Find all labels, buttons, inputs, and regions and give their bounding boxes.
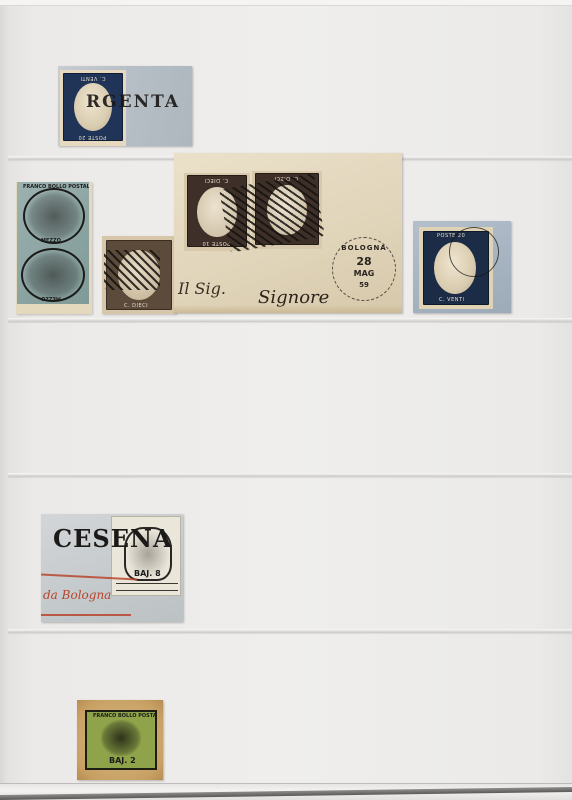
stamp-piece-sardinia-blue[interactable]: C. VENTI POSTE 20 RGENTA [58, 66, 192, 146]
stockbook-strip-2 [8, 318, 572, 322]
stamp-papal-2-baj: FRANCO BOLLO POSTALE BAJ. 2 [85, 710, 157, 770]
page-left-edge [0, 0, 9, 800]
papal-arms-oval [23, 188, 85, 244]
red-ink-line-bottom [41, 614, 131, 616]
frame-text-top: C. DIECI [204, 177, 228, 183]
frame-text-bottom: POSTE 10 [202, 240, 230, 246]
stamp-papal-mezzo-top: FRANCO BOLLO POSTALE MEZZO [17, 182, 89, 246]
frame-text-bottom: C. VENTI [439, 297, 465, 303]
stamp-piece-papal-2-baj[interactable]: FRANCO BOLLO POSTALE BAJ. 2 [77, 700, 163, 780]
stamp-papal-mezzo-bottom: MEZZO [17, 246, 89, 304]
papal-arms-oval [21, 248, 85, 302]
stockbook-strip-4 [8, 629, 572, 633]
cds-day: 28 [333, 255, 395, 268]
value-label: MEZZO [41, 295, 61, 301]
value-label: BAJ. 2 [109, 756, 136, 765]
circular-date-stamp: BOLOGNA 28 MAG 59 [332, 237, 396, 301]
stamp-pair-papal-mezzo[interactable]: FRANCO BOLLO POSTALE MEZZO MEZZO [16, 182, 92, 314]
value-label: BAJ. 8 [134, 569, 161, 578]
cds-year: 59 [333, 281, 395, 289]
frame-text-top: FRANCO BOLLO POSTALE [93, 713, 157, 719]
postmark-cesena: CESENA [53, 524, 173, 553]
frame-text-top: FRANCO BOLLO POSTALE [23, 184, 89, 190]
circular-postmark [449, 227, 499, 277]
handwriting-prefix: Il Sig. [178, 279, 226, 298]
stamp-bottom-lines [116, 583, 178, 591]
frame-text-top: C. VENTI [80, 75, 106, 81]
postmark-argenta: RGENTA [86, 92, 180, 112]
stockbook-strip-3 [8, 473, 572, 477]
album-page: C. VENTI POSTE 20 RGENTA FRANCO BOLLO PO… [0, 0, 572, 800]
value-label: MEZZO [41, 238, 61, 244]
stamp-piece-cesena[interactable]: BAJ. 8 CESENA da Bologna [41, 514, 183, 622]
cover-bottom-edge [174, 305, 402, 313]
page-top-edge [0, 0, 572, 6]
red-handwriting: da Bologna [43, 588, 111, 602]
cds-month: MAG [333, 269, 395, 278]
cds-town: BOLOGNA [333, 244, 395, 252]
stamp-piece-sardinia-blue-2[interactable]: POSTE 20 C. VENTI [413, 221, 511, 313]
stamp-sardinia-brown-single[interactable]: C. DIECI [102, 236, 176, 314]
papal-arms [101, 720, 141, 756]
frame-text-bottom: POSTE 20 [78, 134, 106, 140]
frame-text-bottom: C. DIECI [124, 303, 148, 309]
cover-front-bologna[interactable]: C. DIECI POSTE 10 C. DIECI BOLOGNA 28 MA… [174, 153, 402, 313]
grid-cancel [104, 250, 160, 290]
